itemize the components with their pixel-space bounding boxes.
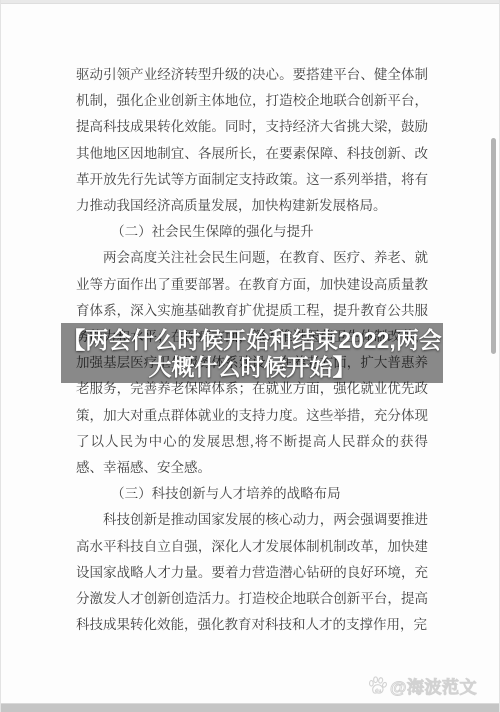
top-edge-strip xyxy=(1,0,499,4)
section-heading: （二）社会民生保障的强化与提升 xyxy=(76,219,428,245)
document-viewer: 驱动引领产业经济转型升级的决心。要搭建平台、健全体制机制，强化企业创新主体地位，… xyxy=(0,0,500,712)
watermark-handle: @海波范文 xyxy=(390,673,477,698)
section-heading: （三）科技创新与人才培养的战略布局 xyxy=(76,481,428,507)
baidu-paw-icon: du xyxy=(367,675,388,696)
document-paragraph: 驱动引领产业经济转型升级的决心。要搭建平台、健全体制机制，强化企业创新主体地位，… xyxy=(76,62,428,219)
overlay-title: 【两会什么时候开始和结束2022,两会 大概什么时候开始】 xyxy=(53,325,451,383)
overlay-title-line2: 大概什么时候开始】 xyxy=(149,354,356,382)
watermark: du @海波范文 xyxy=(367,674,477,696)
svg-text:du: du xyxy=(375,688,382,694)
overlay-title-line1: 【两会什么时候开始和结束2022,两会 xyxy=(62,327,442,355)
scrollbar-thumb[interactable] xyxy=(491,138,496,354)
document-paragraph: 科技创新是推动国家发展的核心动力，两会强调要推进高水平科技自立自强，深化人才发展… xyxy=(76,507,428,638)
bottom-edge-strip xyxy=(1,703,499,712)
